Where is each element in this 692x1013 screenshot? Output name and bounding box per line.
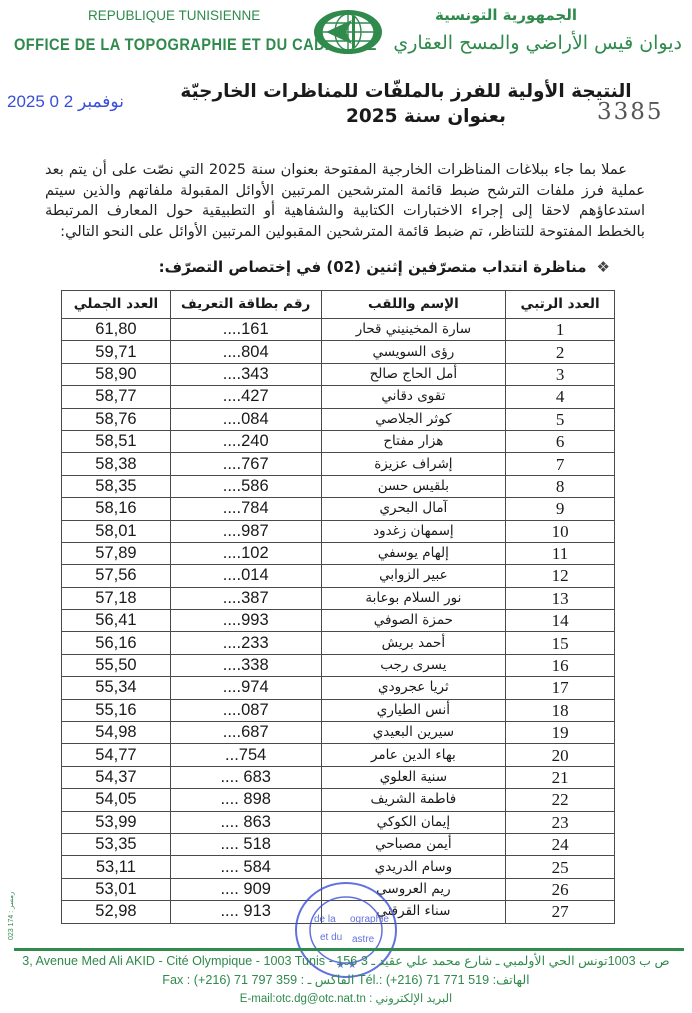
table-row: 15أحمد بريش....23356,16 [62,632,615,654]
rank-cell: 4 [506,386,615,408]
footer-phone-fax: Fax : (+216) 71 797 359 : الفاكس ـ Tél.:… [0,972,692,987]
total-cell: 53,01 [62,878,171,900]
total-cell: 58,51 [62,430,171,452]
total-cell: 58,38 [62,453,171,475]
id-cell: ....240 [170,430,321,452]
rank-cell: 20 [506,744,615,766]
total-cell: 58,90 [62,363,171,385]
total-cell: 54,05 [62,789,171,811]
name-cell: وسام الدريدي [321,856,506,878]
id-cell: .... 584 [170,856,321,878]
table-row: 9آمال البحري....78458,16 [62,498,615,520]
side-reference-text: 023 174 : رمسر [7,892,15,940]
rank-cell: 15 [506,632,615,654]
table-row: 4تقوى دقاني....42758,77 [62,386,615,408]
table-row: 7إشراف عزيزة....76758,38 [62,453,615,475]
stamp-text-2: ographie [350,914,389,925]
table-row: 14حمزة الصوفي....99356,41 [62,610,615,632]
name-cell: إيمان الكوكي [321,811,506,833]
name-cell: أنس الطياري [321,699,506,721]
total-cell: 59,71 [62,341,171,363]
rank-cell: 22 [506,789,615,811]
name-cell: يسرى رجب [321,654,506,676]
name-cell: رؤى السويسي [321,341,506,363]
document-title: النتيجة الأولية للفرز بالملفّات للمناظرا… [0,81,692,102]
id-cell: ....586 [170,475,321,497]
rank-cell: 21 [506,766,615,788]
document-subtitle: بعنوان سنة 2025 [0,106,692,127]
total-cell: 53,99 [62,811,171,833]
name-cell: حمزة الصوفي [321,610,506,632]
diamond-bullet-icon: ❖ [597,258,610,276]
column-header-total: العدد الجملي [62,291,171,319]
id-cell: ....387 [170,587,321,609]
total-cell: 58,01 [62,520,171,542]
total-cell: 57,89 [62,542,171,564]
total-cell: 61,80 [62,319,171,341]
total-cell: 54,37 [62,766,171,788]
name-cell: ثريا عجرودي [321,677,506,699]
table-row: 3أمل الحاج صالح....34358,90 [62,363,615,385]
id-cell: ....974 [170,677,321,699]
stamp-text-3: et du [320,932,342,943]
id-cell: ....087 [170,699,321,721]
rank-cell: 7 [506,453,615,475]
name-cell: إلهام يوسفي [321,542,506,564]
rank-cell: 2 [506,341,615,363]
id-cell: ....804 [170,341,321,363]
header-republic-ar: الجمهورية التونسية [435,6,577,24]
rank-cell: 12 [506,565,615,587]
rank-cell: 6 [506,430,615,452]
table-row: 22فاطمة الشريف.... 89854,05 [62,789,615,811]
name-cell: نور السلام بوعابة [321,587,506,609]
side-reference-note: 023 174 : رمسر [2,880,22,940]
footer-address: 3, Avenue Med Ali AKID - Cité Olympique … [0,953,692,968]
id-cell: .... 898 [170,789,321,811]
id-cell: .... 683 [170,766,321,788]
rank-cell: 11 [506,542,615,564]
rank-cell: 27 [506,901,615,923]
table-row: 23إيمان الكوكي.... 86353,99 [62,811,615,833]
total-cell: 55,16 [62,699,171,721]
total-cell: 53,11 [62,856,171,878]
table-row: 17ثريا عجرودي....97455,34 [62,677,615,699]
name-cell: بلقيس حسن [321,475,506,497]
rank-cell: 1 [506,319,615,341]
rank-cell: 23 [506,811,615,833]
column-header-id: رقم بطاقة التعريف [170,291,321,319]
globe-emblem-icon [312,8,384,56]
intro-paragraph: عملا بما جاء ببلاغات المناظرات الخارجية … [45,160,645,242]
id-cell: ....102 [170,542,321,564]
section-heading: ❖مناظرة انتداب متصرّفين إثنين (02) في إخ… [159,258,610,276]
total-cell: 58,35 [62,475,171,497]
rank-cell: 10 [506,520,615,542]
table-row: 5كوثر الجلاصي....08458,76 [62,408,615,430]
rank-cell: 17 [506,677,615,699]
id-cell: ....338 [170,654,321,676]
table-row: 11إلهام يوسفي....10257,89 [62,542,615,564]
table-row: 21سنية العلوي.... 68354,37 [62,766,615,788]
rank-cell: 13 [506,587,615,609]
header-republic-fr: REPUBLIQUE TUNISIENNE [88,8,260,23]
rank-cell: 24 [506,833,615,855]
rank-cell: 8 [506,475,615,497]
results-table-body: 1سارة المخينيني قحار....16161,802رؤى الس… [62,319,615,924]
total-cell: 58,16 [62,498,171,520]
id-cell: .... 863 [170,811,321,833]
total-cell: 52,98 [62,901,171,923]
rank-cell: 5 [506,408,615,430]
intro-text: عملا بما جاء ببلاغات المناظرات الخارجية … [45,161,645,240]
table-row: 13نور السلام بوعابة....38757,18 [62,587,615,609]
table-row: 2رؤى السويسي....80459,71 [62,341,615,363]
id-cell: ...754 [170,744,321,766]
rank-cell: 19 [506,722,615,744]
total-cell: 57,56 [62,565,171,587]
total-cell: 57,18 [62,587,171,609]
name-cell: فاطمة الشريف [321,789,506,811]
footer-divider [14,948,684,951]
rank-cell: 25 [506,856,615,878]
footer-email: E-mail:otc.dg@otc.nat.tn : البريد الإلكت… [0,991,692,1005]
table-row: 25وسام الدريدي.... 58453,11 [62,856,615,878]
total-cell: 55,34 [62,677,171,699]
total-cell: 56,16 [62,632,171,654]
id-cell: ....161 [170,319,321,341]
id-cell: ....014 [170,565,321,587]
id-cell: ....784 [170,498,321,520]
column-header-rank: العدد الرتبي [506,291,615,319]
id-cell: .... 518 [170,833,321,855]
table-row: 16يسرى رجب....33855,50 [62,654,615,676]
stamp-text-4: astre [352,934,375,945]
table-row: 10إسمهان زغدود....98758,01 [62,520,615,542]
section-heading-text: مناظرة انتداب متصرّفين إثنين (02) في إخت… [159,258,587,276]
name-cell: سيرين البعيدي [321,722,506,744]
name-cell: أيمن مصباحي [321,833,506,855]
name-cell: تقوى دقاني [321,386,506,408]
id-cell: ....767 [170,453,321,475]
name-cell: هزار مفتاح [321,430,506,452]
rank-cell: 26 [506,878,615,900]
name-cell: أحمد بريش [321,632,506,654]
id-cell: ....343 [170,363,321,385]
total-cell: 58,76 [62,408,171,430]
rank-cell: 3 [506,363,615,385]
id-cell: ....084 [170,408,321,430]
name-cell: سنية العلوي [321,766,506,788]
name-cell: سارة المخينيني قحار [321,319,506,341]
table-row: 8بلقيس حسن....58658,35 [62,475,615,497]
rank-cell: 14 [506,610,615,632]
table-row: 19سيرين البعيدي....68754,98 [62,722,615,744]
rank-cell: 18 [506,699,615,721]
table-header-row: العدد الرتبي الإسم واللقب رقم بطاقة التع… [62,291,615,319]
id-cell: ....987 [170,520,321,542]
total-cell: 54,77 [62,744,171,766]
table-row: 1سارة المخينيني قحار....16161,80 [62,319,615,341]
total-cell: 55,50 [62,654,171,676]
total-cell: 54,98 [62,722,171,744]
rank-cell: 16 [506,654,615,676]
total-cell: 58,77 [62,386,171,408]
table-row: 24أيمن مصباحي.... 51853,35 [62,833,615,855]
column-header-name: الإسم واللقب [321,291,506,319]
name-cell: إشراف عزيزة [321,453,506,475]
name-cell: إسمهان زغدود [321,520,506,542]
stamp-text-1: de la [314,914,336,925]
header-office-ar: ديوان قيس الأراضي والمسح العقاري [393,32,682,54]
id-cell: ....687 [170,722,321,744]
id-cell: ....427 [170,386,321,408]
results-table: العدد الرتبي الإسم واللقب رقم بطاقة التع… [61,290,615,924]
name-cell: كوثر الجلاصي [321,408,506,430]
total-cell: 53,35 [62,833,171,855]
id-cell: ....993 [170,610,321,632]
table-row: 12عبير الزوابي....01457,56 [62,565,615,587]
name-cell: بهاء الدين عامر [321,744,506,766]
name-cell: أمل الحاج صالح [321,363,506,385]
table-row: 18أنس الطياري....08755,16 [62,699,615,721]
name-cell: آمال البحري [321,498,506,520]
name-cell: عبير الزوابي [321,565,506,587]
rank-cell: 9 [506,498,615,520]
total-cell: 56,41 [62,610,171,632]
table-row: 20بهاء الدين عامر...75454,77 [62,744,615,766]
id-cell: ....233 [170,632,321,654]
table-row: 6هزار مفتاح....24058,51 [62,430,615,452]
